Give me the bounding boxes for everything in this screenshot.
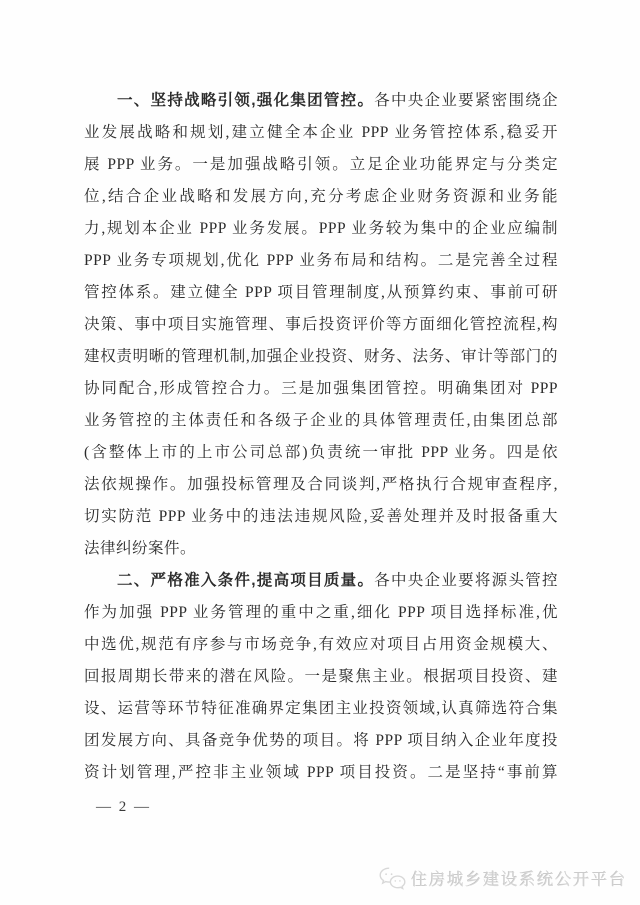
- text-run: PPP 业务专项规划,优化 PPP 业务布局和结构。二是完善全过程: [84, 252, 558, 269]
- wechat-icon: [379, 867, 406, 890]
- text-line: 一、坚持战略引领,强化集团管控。各中央企业要紧密围绕企: [84, 85, 558, 117]
- text-line: 资计划管理,严控非主业领域 PPP 项目投资。二是坚持“事前算: [84, 757, 558, 789]
- text-run: 决策、事中项目实施管理、事后投资评价等方面细化管控流程,构: [84, 316, 558, 333]
- text-line: 切实防范 PPP 业务中的违法违规风险,妥善处理并及时报备重大: [84, 501, 558, 533]
- document-body: 一、坚持战略引领,强化集团管控。各中央企业要紧密围绕企 业发展战略和规划,建立健…: [84, 85, 558, 822]
- text-run: 法依规操作。加强投标管理及合同谈判,严格执行合规审查程序,: [84, 476, 558, 493]
- text-run: 团发展方向、具备竞争优势的项目。将 PPP 项目纳入企业年度投: [84, 732, 558, 749]
- text-run: 管控体系。建立健全 PPP 项目管理制度,从预算约束、事前可研: [84, 284, 558, 301]
- text-run: 位,结合企业战略和发展方向,充分考虑企业财务资源和业务能: [84, 188, 558, 205]
- text-run: 业务管控的主体责任和各级子企业的具体管理责任,由集团总部: [84, 412, 558, 429]
- text-run: 建权责明晰的管理机制,加强企业投资、财务、法务、审计等部门的: [84, 348, 558, 365]
- text-line: 协同配合,形成管控合力。三是加强集团管控。明确集团对 PPP: [84, 373, 558, 405]
- text-run: 各中央企业要紧密围绕企: [374, 92, 558, 109]
- watermark: 住房城乡建设系统公开平台: [379, 866, 627, 890]
- text-run: 资计划管理,严控非主业领域 PPP 项目投资。二是坚持“事前算: [84, 764, 558, 781]
- text-line: 管控体系。建立健全 PPP 项目管理制度,从预算约束、事前可研: [84, 277, 558, 309]
- text-run: 展 PPP 业务。一是加强战略引领。立足企业功能界定与分类定: [84, 156, 558, 173]
- text-line: 业发展战略和规划,建立健全本企业 PPP 业务管控体系,稳妥开: [84, 117, 558, 149]
- text-run: (含整体上市的上市公司总部)负责统一审批 PPP 业务。四是依: [84, 444, 558, 461]
- text-run: 回报周期长带来的潜在风险。一是聚焦主业。根据项目投资、建: [84, 668, 558, 685]
- section-1-heading: 一、坚持战略引领,强化集团管控。: [117, 92, 374, 109]
- text-run: 各中央企业要将源头管控: [374, 572, 558, 589]
- text-line: 决策、事中项目实施管理、事后投资评价等方面细化管控流程,构: [84, 309, 558, 341]
- text-line: 业务管控的主体责任和各级子企业的具体管理责任,由集团总部: [84, 405, 558, 437]
- text-line: (含整体上市的上市公司总部)负责统一审批 PPP 业务。四是依: [84, 437, 558, 469]
- text-line: 位,结合企业战略和发展方向,充分考虑企业财务资源和业务能: [84, 181, 558, 213]
- text-run: 作为加强 PPP 业务管理的重中之重,细化 PPP 项目选择标准,优: [84, 604, 558, 621]
- section-2-heading: 二、严格准入条件,提高项目质量。: [117, 572, 374, 589]
- text-line: 回报周期长带来的潜在风险。一是聚焦主业。根据项目投资、建: [84, 661, 558, 693]
- text-run: 法律纠纷案件。: [84, 540, 196, 557]
- watermark-label: 住房城乡建设系统公开平台: [411, 866, 627, 890]
- page-number: — 2 —: [84, 792, 558, 822]
- text-line: 建权责明晰的管理机制,加强企业投资、财务、法务、审计等部门的: [84, 341, 558, 373]
- text-line: 法依规操作。加强投标管理及合同谈判,严格执行合规审查程序,: [84, 469, 558, 501]
- text-run: 力,规划本企业 PPP 业务发展。PPP 业务较为集中的企业应编制: [84, 220, 558, 237]
- text-line: 团发展方向、具备竞争优势的项目。将 PPP 项目纳入企业年度投: [84, 725, 558, 757]
- text-line: PPP 业务专项规划,优化 PPP 业务布局和结构。二是完善全过程: [84, 245, 558, 277]
- text-line: 设、运营等环节特征准确界定集团主业投资领域,认真筛选符合集: [84, 693, 558, 725]
- text-run: 设、运营等环节特征准确界定集团主业投资领域,认真筛选符合集: [84, 700, 558, 717]
- text-line: 中选优,规范有序参与市场竞争,有效应对项目占用资金规模大、: [84, 629, 558, 661]
- text-line: 法律纠纷案件。: [84, 533, 558, 565]
- text-line: 力,规划本企业 PPP 业务发展。PPP 业务较为集中的企业应编制: [84, 213, 558, 245]
- text-run: 协同配合,形成管控合力。三是加强集团管控。明确集团对 PPP: [84, 380, 558, 397]
- text-line: 展 PPP 业务。一是加强战略引领。立足企业功能界定与分类定: [84, 149, 558, 181]
- text-line: 作为加强 PPP 业务管理的重中之重,细化 PPP 项目选择标准,优: [84, 597, 558, 629]
- text-run: 切实防范 PPP 业务中的违法违规风险,妥善处理并及时报备重大: [84, 508, 558, 525]
- text-run: 中选优,规范有序参与市场竞争,有效应对项目占用资金规模大、: [84, 636, 558, 653]
- text-run: 业发展战略和规划,建立健全本企业 PPP 业务管控体系,稳妥开: [84, 124, 558, 141]
- text-line: 二、严格准入条件,提高项目质量。各中央企业要将源头管控: [84, 565, 558, 597]
- document-page: 一、坚持战略引领,强化集团管控。各中央企业要紧密围绕企 业发展战略和规划,建立健…: [0, 0, 640, 905]
